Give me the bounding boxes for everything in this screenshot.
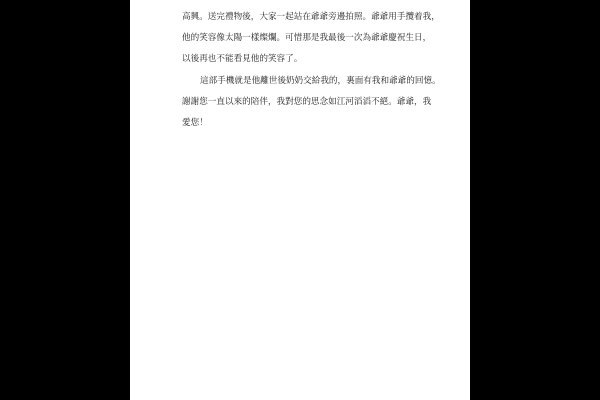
page-body-text: 高興。送完禮物後，大家一起站在爺爺旁邊拍照。爺爺用手攬着我， 他的笑容像太陽一樣… <box>182 7 432 134</box>
text-line-indented: 這部手機就是他離世後奶奶交給我的，裏面有我和爺爺的回憶。 <box>182 71 432 92</box>
text-line: 以後再也不能看見他的笑容了。 <box>182 49 432 70</box>
text-line: 謝謝您一直以來的陪伴，我對您的思念如江河滔滔不絕。爺爺，我 <box>182 92 432 113</box>
paragraph-2: 這部手機就是他離世後奶奶交給我的，裏面有我和爺爺的回憶。 謝謝您一直以來的陪伴，… <box>182 71 432 135</box>
document-viewer: 高興。送完禮物後，大家一起站在爺爺旁邊拍照。爺爺用手攬着我， 他的笑容像太陽一樣… <box>0 0 600 400</box>
text-line: 高興。送完禮物後，大家一起站在爺爺旁邊拍照。爺爺用手攬着我， <box>182 7 432 28</box>
paragraph-1: 高興。送完禮物後，大家一起站在爺爺旁邊拍照。爺爺用手攬着我， 他的笑容像太陽一樣… <box>182 7 432 71</box>
document-page: 高興。送完禮物後，大家一起站在爺爺旁邊拍照。爺爺用手攬着我， 他的笑容像太陽一樣… <box>130 0 470 400</box>
text-line: 他的笑容像太陽一樣燦爛。可惜那是我最後一次為爺爺慶祝生日， <box>182 28 432 49</box>
text-line: 愛您！ <box>182 113 432 134</box>
